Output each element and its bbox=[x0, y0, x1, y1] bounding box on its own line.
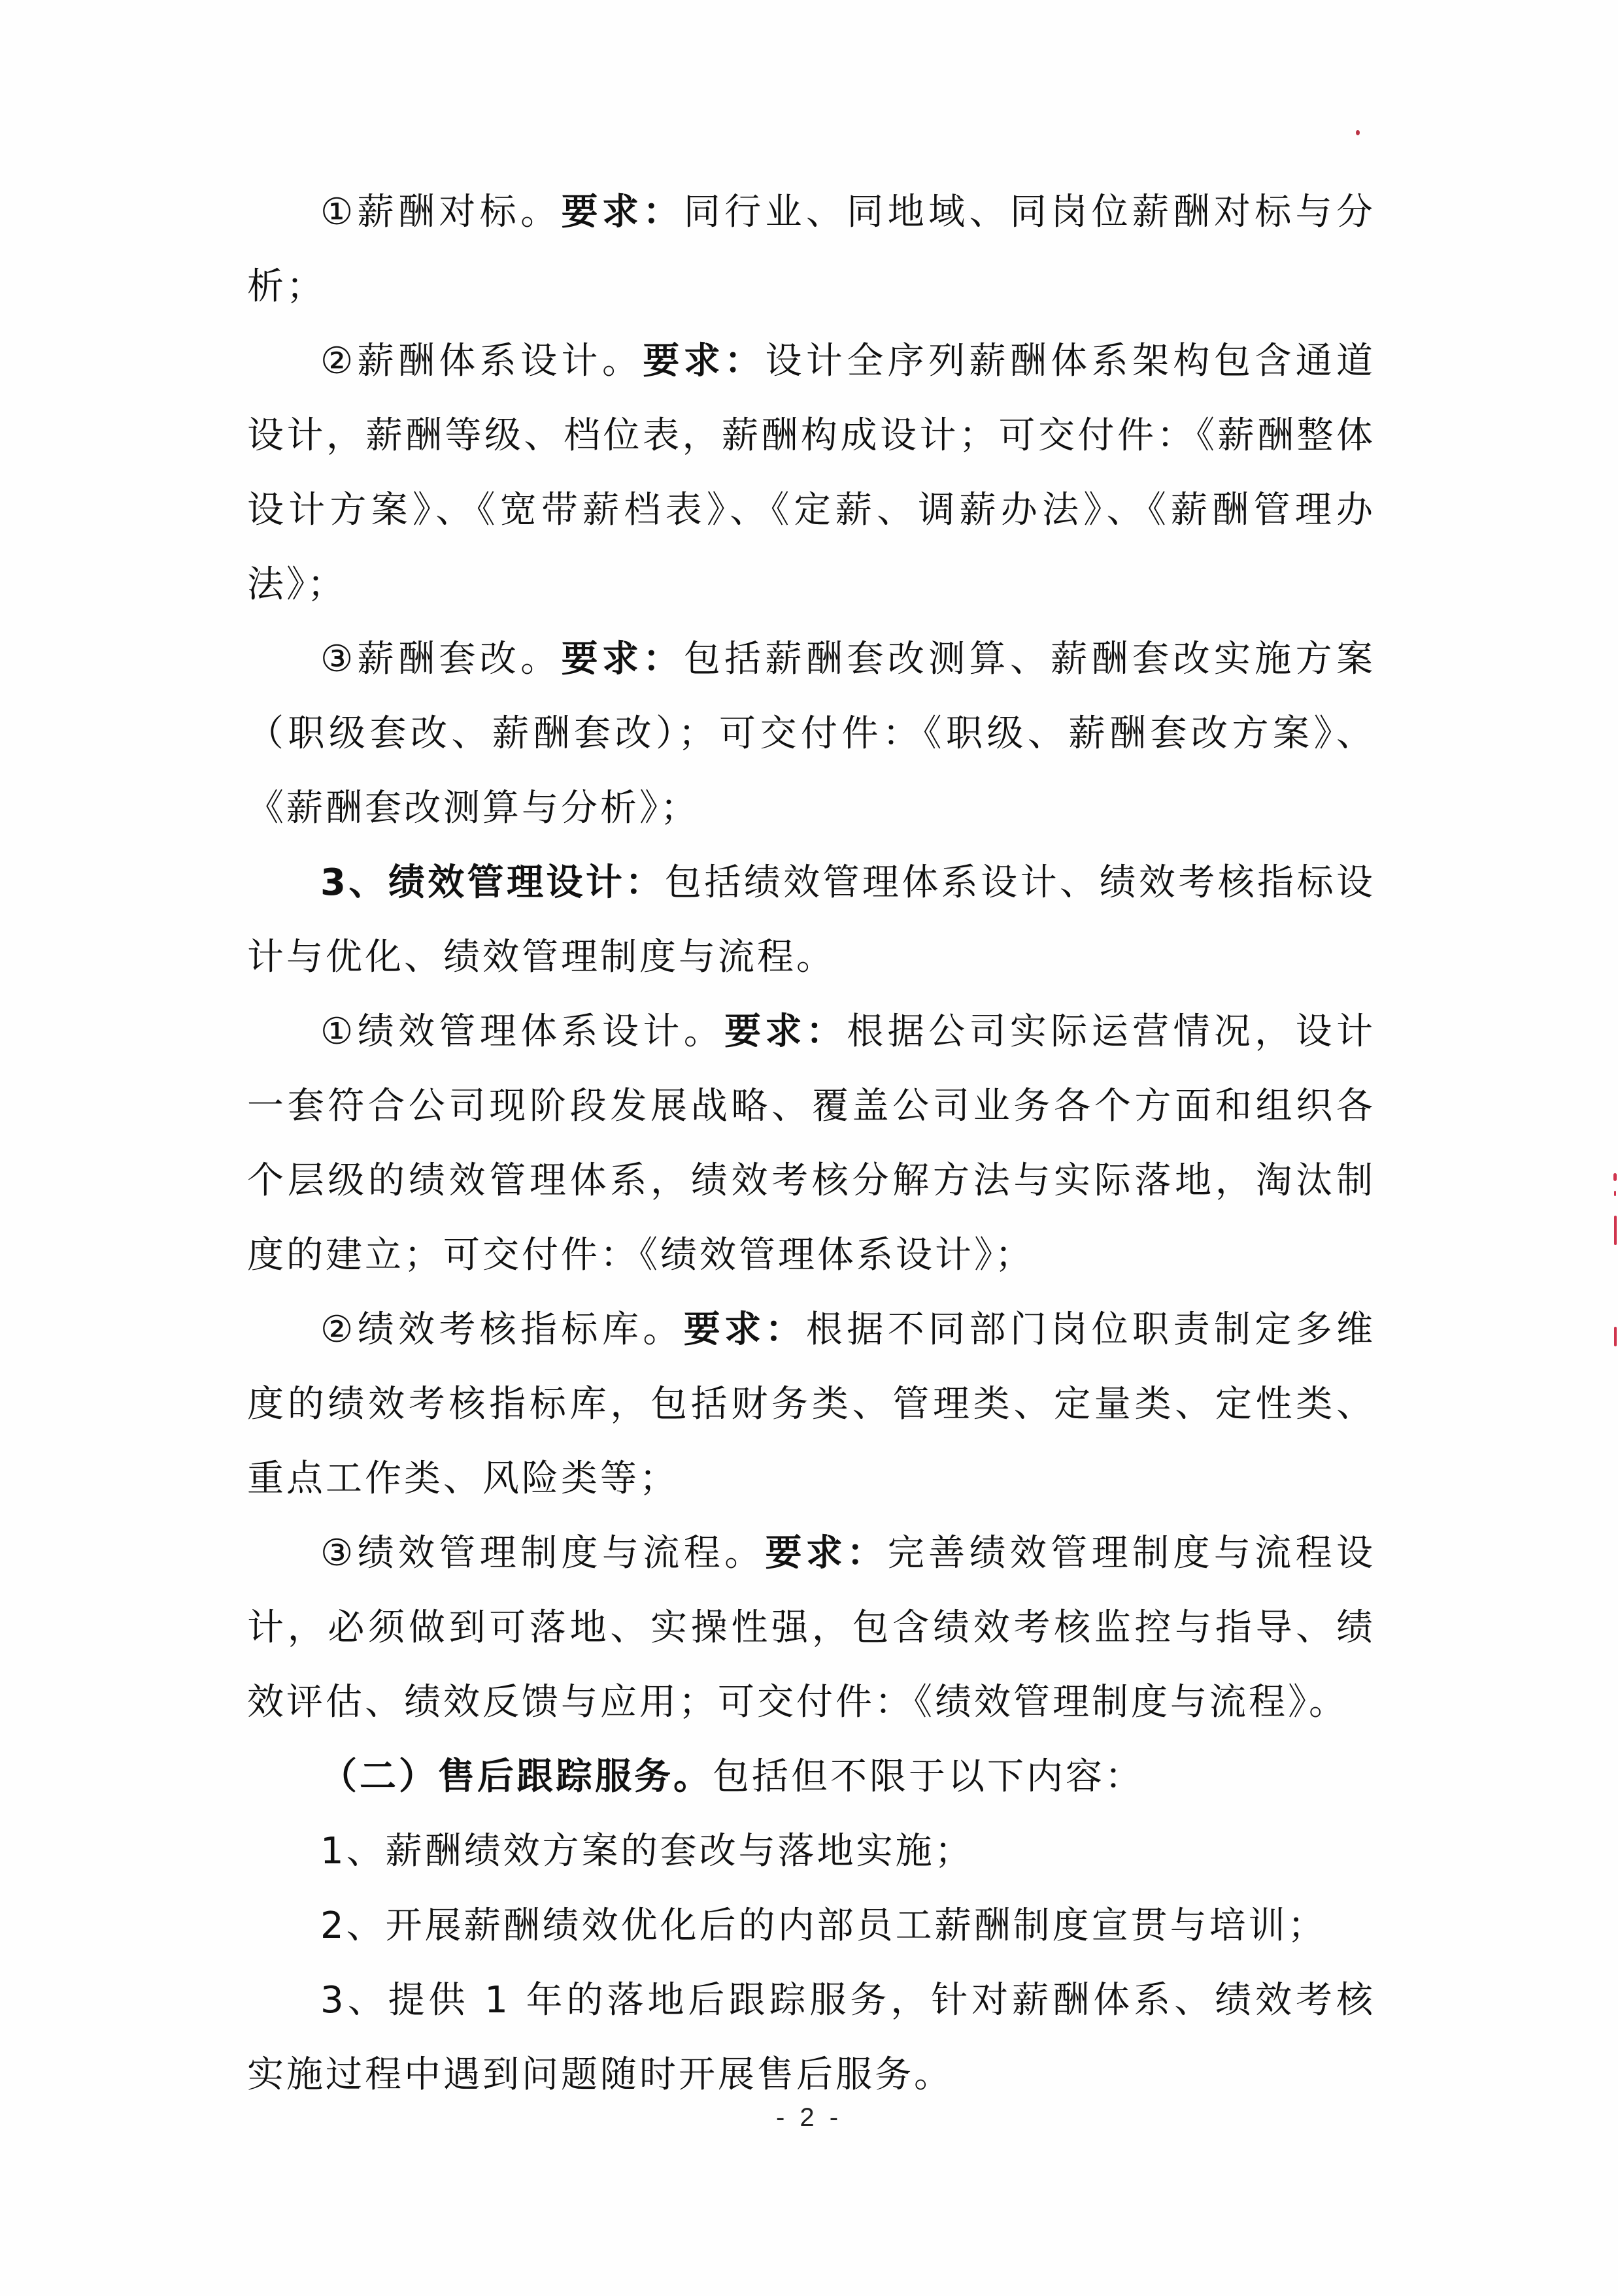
section-heading: 3、绩效管理设计： bbox=[320, 861, 665, 904]
requirement-label: 要求： bbox=[684, 1308, 806, 1351]
list-item-text: 1、薪酬绩效方案的套改与落地实施； bbox=[320, 1830, 974, 1872]
list-item-text: 2、开展薪酬绩效优化后的内部员工薪酬制度宣贯与培训； bbox=[320, 1905, 1327, 1947]
paragraph-salary-benchmark: ①薪酬对标。要求：同行业、同地域、同岗位薪酬对标与分析； bbox=[247, 175, 1375, 324]
seal-edge-mark bbox=[1614, 1191, 1616, 1196]
document-body: ①薪酬对标。要求：同行业、同地域、同岗位薪酬对标与分析； ②薪酬体系设计。要求：… bbox=[247, 175, 1375, 2112]
seal-edge-mark bbox=[1613, 1173, 1617, 1181]
item-title: ①薪酬对标。 bbox=[320, 191, 562, 233]
item-title: ②薪酬体系设计。 bbox=[320, 340, 643, 382]
list-item-text: 3、提供 1 年的落地后跟踪服务，针对薪酬体系、绩效考核实施过程中遇到问题随时开… bbox=[247, 1979, 1375, 2096]
document-page: ①薪酬对标。要求：同行业、同地域、同岗位薪酬对标与分析； ②薪酬体系设计。要求：… bbox=[0, 0, 1618, 2296]
paragraph-performance-process: ③绩效管理制度与流程。要求：完善绩效管理制度与流程设计，必须做到可落地、实操性强… bbox=[247, 1516, 1375, 1740]
seal-edge-mark bbox=[1614, 1327, 1617, 1346]
list-item-implementation: 1、薪酬绩效方案的套改与落地实施； bbox=[247, 1814, 1375, 1889]
requirement-label: 要求： bbox=[562, 638, 684, 680]
paragraph-performance-system-design: ①绩效管理体系设计。要求：根据公司实际运营情况，设计一套符合公司现阶段发展战略、… bbox=[247, 995, 1375, 1293]
section-text: 包括但不限于以下内容： bbox=[713, 1755, 1144, 1798]
list-item-followup: 3、提供 1 年的落地后跟踪服务，针对薪酬体系、绩效考核实施过程中遇到问题随时开… bbox=[247, 1963, 1375, 2112]
section-performance-management-design: 3、绩效管理设计：包括绩效管理体系设计、绩效考核指标设计与优化、绩效管理制度与流… bbox=[247, 846, 1375, 995]
requirement-label: 要求： bbox=[643, 340, 765, 382]
paragraph-salary-system-design: ②薪酬体系设计。要求：设计全序列薪酬体系架构包含通道设计，薪酬等级、档位表，薪酬… bbox=[247, 324, 1375, 622]
page-number: - 2 - bbox=[0, 2103, 1618, 2133]
list-item-training: 2、开展薪酬绩效优化后的内部员工薪酬制度宣贯与培训； bbox=[247, 1889, 1375, 1963]
item-title: ②绩效考核指标库。 bbox=[320, 1308, 684, 1351]
requirement-label: 要求： bbox=[724, 1010, 847, 1053]
section-heading: （二）售后跟踪服务。 bbox=[320, 1755, 713, 1798]
paragraph-kpi-library: ②绩效考核指标库。要求：根据不同部门岗位职责制定多维度的绩效考核指标库，包括财务… bbox=[247, 1293, 1375, 1516]
seal-edge-mark bbox=[1614, 1216, 1617, 1245]
item-title: ③薪酬套改。 bbox=[320, 638, 562, 680]
item-title: ①绩效管理体系设计。 bbox=[320, 1010, 724, 1053]
ink-speck bbox=[1356, 130, 1360, 135]
section-after-sales-service: （二）售后跟踪服务。包括但不限于以下内容： bbox=[247, 1740, 1375, 1814]
item-title: ③绩效管理制度与流程。 bbox=[320, 1532, 766, 1574]
requirement-label: 要求： bbox=[562, 191, 684, 233]
paragraph-salary-conversion: ③薪酬套改。要求：包括薪酬套改测算、薪酬套改实施方案（职级套改、薪酬套改）；可交… bbox=[247, 622, 1375, 846]
requirement-label: 要求： bbox=[766, 1532, 888, 1574]
